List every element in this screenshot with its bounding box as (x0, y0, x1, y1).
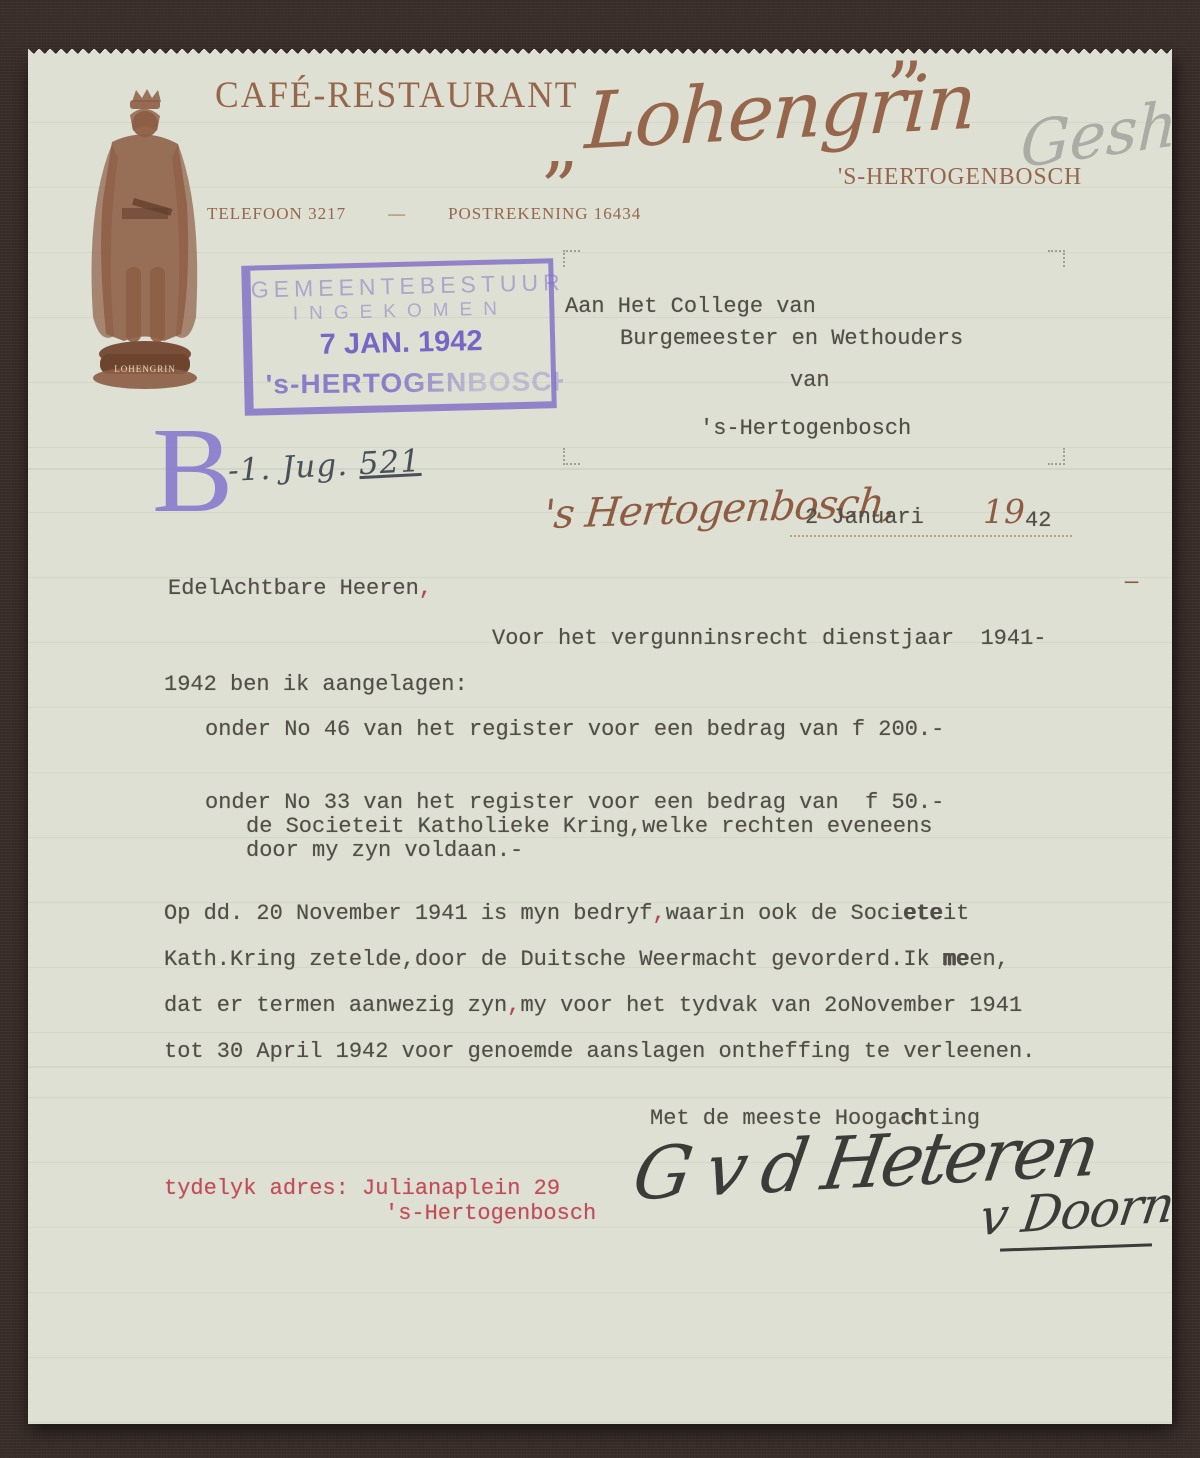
dateline-date-typed: 2 Januari (805, 507, 924, 529)
dateline-dotted-rule (790, 535, 1072, 537)
letterhead-close-quote: ” (886, 52, 923, 124)
body-line-3: 1942 ben ik aangelagen: (164, 674, 468, 696)
body-line-11: tot 30 April 1942 voor genoemde aanslage… (164, 1041, 1035, 1063)
letterhead-contact-line: TELEFOON 3217 — POSTREKENING 16434 (207, 204, 641, 224)
received-stamp: GEMEENTEBESTUUR INGEKOMEN 7 JAN. 1942 's… (241, 258, 557, 416)
letter-paper: LOHENGRIN CAFÉ-RESTAURANT „ Lohengrin ” … (28, 58, 1172, 1424)
body-line-8: Op dd. 20 November 1941 is myn bedryf,wa… (164, 903, 969, 925)
fold-crease-lower (28, 1066, 1172, 1068)
temporary-address-line-2: 's-Hertogenbosch (385, 1203, 596, 1225)
corner-mark-top-right (1048, 250, 1065, 267)
body-line-10: dat er termen aanwezig zyn,my voor het t… (164, 995, 1022, 1017)
pencil-annotation: Gesh (1019, 86, 1178, 182)
registry-handwriting: -1. Jug. 521 (227, 443, 422, 489)
temporary-address-line-1: tydelyk adres: Julianaplein 29 (164, 1178, 560, 1200)
corner-mark-bottom-right (1048, 448, 1065, 465)
signature-underline (1000, 1243, 1152, 1251)
dateline-year-typed: 42 (1025, 510, 1051, 532)
statue-pedestal-caption: LOHENGRIN (114, 364, 176, 374)
body-line-6: de Societeit Katholieke Kring,welke rech… (246, 816, 933, 838)
torn-edge (28, 49, 1172, 59)
body-line-2: Voor het vergunninsrecht dienstjaar 1941… (492, 628, 1047, 650)
letterhead-separator: — (388, 204, 406, 224)
body-line-5: onder No 33 van het register voor een be… (205, 792, 944, 814)
letterhead-company-type: CAFÉ-RESTAURANT (215, 74, 578, 117)
lohengrin-statue-illustration: LOHENGRIN (68, 82, 218, 402)
corner-mark-bottom-left (563, 448, 580, 465)
recipient-line-3: van (790, 370, 830, 392)
letterhead-phone: TELEFOON 3217 (207, 204, 346, 224)
dateline-year-printed: 19 (983, 492, 1025, 531)
body-line-9: Kath.Kring zetelde,door de Duitsche Weer… (164, 949, 1009, 971)
salutation: EdelAchtbare Heeren, (168, 578, 432, 600)
letter-b-stamp: B (152, 410, 233, 532)
recipient-line-4: 's-Hertogenbosch (700, 418, 911, 440)
photo-background: { "colors":{ "background_fabric":"#3a2e2… (0, 0, 1200, 1458)
margin-dash: — (1125, 572, 1138, 594)
body-line-4: onder No 46 van het register voor een be… (205, 719, 944, 741)
received-stamp-date: 7 JAN. 1942 (252, 323, 551, 363)
recipient-line-1: Aan Het College van (565, 296, 816, 318)
recipient-line-2: Burgemeester en Wethouders (620, 328, 963, 350)
body-line-7: door my zyn voldaan.- (246, 840, 523, 862)
letterhead-open-quote: „ (542, 108, 579, 180)
received-stamp-city: 's-HERTOGENBOSCH (253, 366, 563, 400)
corner-mark-top-left (563, 250, 580, 267)
letterhead-giro: POSTREKENING 16434 (448, 204, 641, 224)
